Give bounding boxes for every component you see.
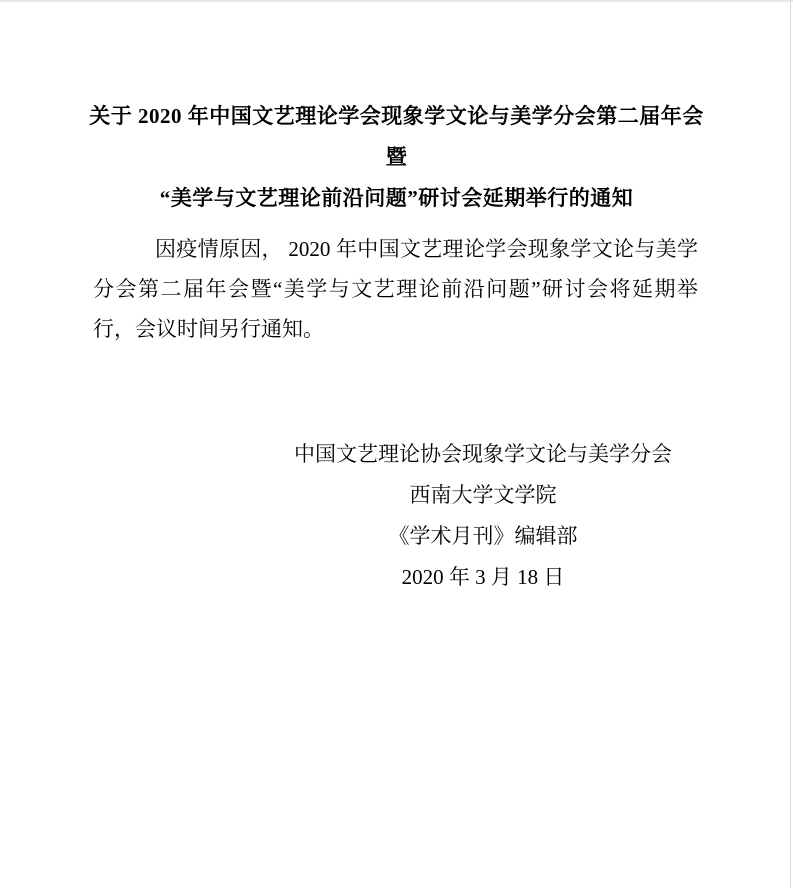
signature-organization-3: 《学术月刊》编辑部 [173, 516, 793, 557]
title-line-2: “美学与文艺理论前沿问题”研讨会延期举行的通知 [85, 178, 708, 219]
body-line-1: 因疫情原因， 2020 年中国文艺理论学会现象学文论与美学 [93, 229, 698, 269]
document-page: 关于 2020 年中国文艺理论学会现象学文论与美学分会第二届年会暨 “美学与文艺… [0, 0, 793, 888]
body-line-2: 分会第二届年会暨“美学与文艺理论前沿问题”研讨会将延期举 [93, 269, 698, 309]
signature-block: 中国文艺理论协会现象学文论与美学分会 西南大学文学院 《学术月刊》编辑部 202… [173, 434, 793, 598]
signature-organization-2: 西南大学文学院 [173, 475, 793, 516]
document-title: 关于 2020 年中国文艺理论学会现象学文论与美学分会第二届年会暨 “美学与文艺… [85, 96, 708, 219]
signature-date: 2020 年 3 月 18 日 [173, 557, 793, 598]
document-body-paragraph: 因疫情原因， 2020 年中国文艺理论学会现象学文论与美学 分会第二届年会暨“美… [93, 229, 698, 349]
signature-organization-1: 中国文艺理论协会现象学文论与美学分会 [173, 434, 793, 475]
body-line-3: 行，会议时间另行通知。 [93, 309, 698, 349]
title-line-1: 关于 2020 年中国文艺理论学会现象学文论与美学分会第二届年会暨 [85, 96, 708, 178]
page-top-edge-divider [0, 0, 793, 2]
